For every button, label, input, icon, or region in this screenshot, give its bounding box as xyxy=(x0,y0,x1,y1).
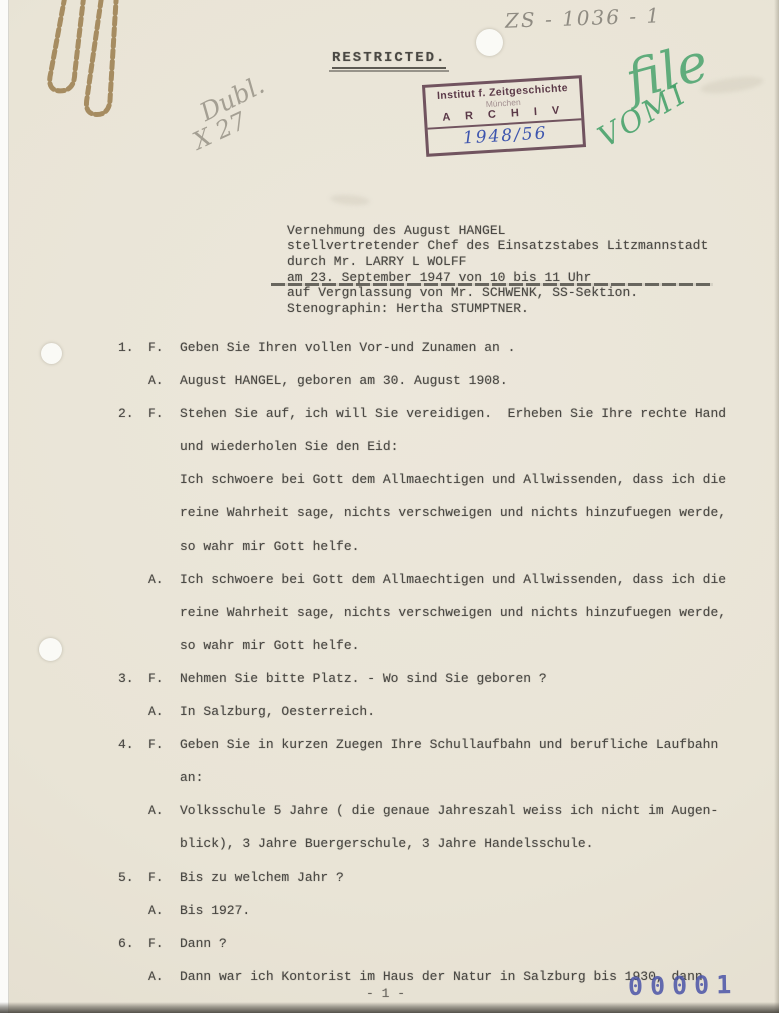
qa-text: Geben Sie Ihren vollen Vor-und Zunamen a… xyxy=(180,340,726,355)
qa-text: reine Wahrheit sage, nichts verschweigen… xyxy=(180,505,726,520)
header-line: durch Mr. LARRY L WOLFF xyxy=(287,254,708,270)
qa-number: 4. xyxy=(118,737,148,752)
qa-speaker-prefix: F. xyxy=(148,406,180,421)
qa-text: blick), 3 Jahre Buergerschule, 3 Jahre H… xyxy=(180,836,726,851)
document-header: Vernehmung des August HANGELstellvertret… xyxy=(287,176,708,316)
qa-line: 2. F. Stehen Sie auf, ich will Sie verei… xyxy=(118,406,726,439)
classification-heading: RESTRICTED. xyxy=(332,50,446,69)
qa-speaker-prefix: F. xyxy=(148,870,180,885)
qa-number: 6. xyxy=(118,936,148,951)
qa-text: Nehmen Sie bitte Platz. - Wo sind Sie ge… xyxy=(180,671,726,686)
qa-speaker-prefix: A. xyxy=(148,373,180,388)
qa-text: so wahr mir Gott helfe. xyxy=(180,539,726,554)
qa-speaker-prefix: A. xyxy=(148,803,180,818)
qa-text: Volksschule 5 Jahre ( die genaue Jahresz… xyxy=(180,803,726,818)
qa-text: Ich schwoere bei Gott dem Allmaechtigen … xyxy=(180,472,726,487)
qa-line: A. Ich schwoere bei Gott dem Allmaechtig… xyxy=(118,572,726,605)
qa-line: Ich schwoere bei Gott dem Allmaechtigen … xyxy=(118,472,726,505)
qa-line: 4. F. Geben Sie in kurzen Zuegen Ihre Sc… xyxy=(118,737,726,770)
qa-line: 1. F. Geben Sie Ihren vollen Vor-und Zun… xyxy=(118,340,726,373)
qa-speaker-prefix: A. xyxy=(148,704,180,719)
paperclip-rust-mark xyxy=(32,0,152,136)
qa-line: reine Wahrheit sage, nichts verschweigen… xyxy=(118,505,726,538)
qa-text: reine Wahrheit sage, nichts verschweigen… xyxy=(180,605,726,620)
qa-line: so wahr mir Gott helfe. xyxy=(118,638,726,671)
qa-line: und wiederholen Sie den Eid: xyxy=(118,439,726,472)
scan-edge-left xyxy=(0,0,9,1013)
qa-line: an: xyxy=(118,770,726,803)
punch-hole xyxy=(476,29,503,56)
qa-speaker-prefix: F. xyxy=(148,340,180,355)
qa-speaker-prefix: F. xyxy=(148,737,180,752)
header-line: Stenographin: Hertha STUMPTNER. xyxy=(287,301,708,317)
header-line: Vernehmung des August HANGEL xyxy=(287,223,708,239)
archive-stamp: Institut f. Zeitgeschichte München A R C… xyxy=(422,75,586,157)
qa-text: August HANGEL, geboren am 30. August 190… xyxy=(180,373,726,388)
qa-line: 6. F. Dann ? xyxy=(118,936,726,969)
qa-text: Geben Sie in kurzen Zuegen Ihre Schullau… xyxy=(180,737,726,752)
qa-line: A. Volksschule 5 Jahre ( die genaue Jahr… xyxy=(118,803,726,836)
qa-number: 2. xyxy=(118,406,148,421)
qa-speaker-prefix: F. xyxy=(148,671,180,686)
serial-number-stamp: 00001 xyxy=(628,970,739,1001)
qa-text: Stehen Sie auf, ich will Sie vereidigen.… xyxy=(180,406,726,421)
header-line: stellvertretender Chef des Einsatzstabes… xyxy=(287,238,708,254)
scanned-document-page: ZS - 1036 - 1 Dubl. X 27 file VOMI RESTR… xyxy=(0,0,779,1013)
qa-text: an: xyxy=(180,770,726,785)
qa-line: reine Wahrheit sage, nichts verschweigen… xyxy=(118,605,726,638)
qa-speaker-prefix: A. xyxy=(148,969,180,984)
page-number: - 1 - xyxy=(366,986,405,1001)
qa-line: A. August HANGEL, geboren am 30. August … xyxy=(118,373,726,406)
punch-hole xyxy=(39,638,62,661)
handwritten-catalog-number: ZS - 1036 - 1 xyxy=(505,3,662,32)
qa-text: Bis zu welchem Jahr ? xyxy=(180,870,726,885)
qa-line: blick), 3 Jahre Buergerschule, 3 Jahre H… xyxy=(118,836,726,869)
punch-hole xyxy=(41,343,62,364)
qa-speaker-prefix: A. xyxy=(148,572,180,587)
qa-line: so wahr mir Gott helfe. xyxy=(118,539,726,572)
qa-speaker-prefix: F. xyxy=(148,936,180,951)
qa-body: 1. F. Geben Sie Ihren vollen Vor-und Zun… xyxy=(118,340,726,1002)
qa-line: 3. F. Nehmen Sie bitte Platz. - Wo sind … xyxy=(118,671,726,704)
scan-edge-right xyxy=(774,0,779,1013)
qa-text: Bis 1927. xyxy=(180,903,726,918)
qa-speaker-prefix: A. xyxy=(148,903,180,918)
qa-text: Ich schwoere bei Gott dem Allmaechtigen … xyxy=(180,572,726,587)
qa-line: 5. F. Bis zu welchem Jahr ? xyxy=(118,870,726,903)
scan-edge-bottom xyxy=(0,1002,779,1013)
qa-line: A. In Salzburg, Oesterreich. xyxy=(118,704,726,737)
qa-number: 1. xyxy=(118,340,148,355)
qa-text: Dann ? xyxy=(180,936,726,951)
header-line: auf Vergnlassung von Mr. SCHWENK, SS-Sek… xyxy=(287,285,708,301)
qa-number: 3. xyxy=(118,671,148,686)
qa-line: A. Bis 1927. xyxy=(118,903,726,936)
typed-divider-rule xyxy=(271,283,713,286)
qa-text: so wahr mir Gott helfe. xyxy=(180,638,726,653)
qa-text: In Salzburg, Oesterreich. xyxy=(180,704,726,719)
qa-text: und wiederholen Sie den Eid: xyxy=(180,439,726,454)
qa-number: 5. xyxy=(118,870,148,885)
